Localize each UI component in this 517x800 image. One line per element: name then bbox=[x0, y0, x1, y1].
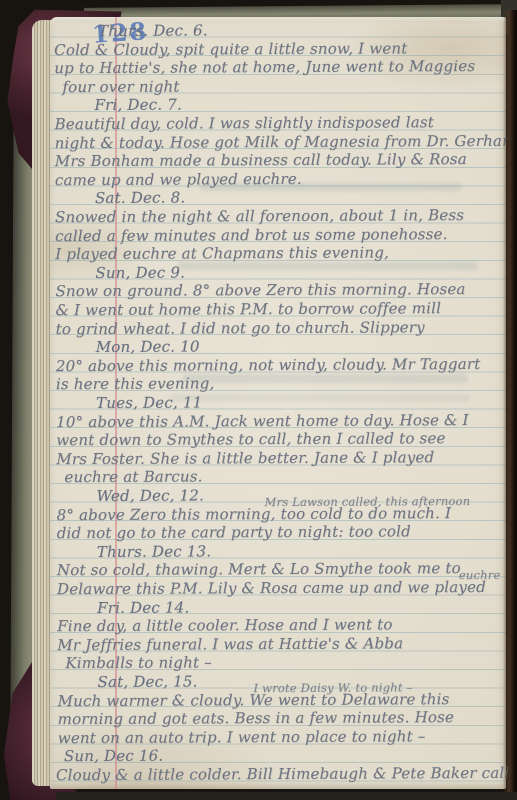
entry-date-line: Thurs. Dec. 6. bbox=[98, 21, 208, 40]
entry-text-line: Not so cold, thawing. Mert & Lo Smythe t… bbox=[57, 559, 461, 579]
entry-text-line: Snow on ground. 8° above Zero this morni… bbox=[55, 280, 465, 300]
interlined-note: euchre bbox=[459, 568, 501, 582]
entry-date-line: Mon, Dec. 10 bbox=[96, 338, 200, 357]
entry-date-line: Tues, Dec, 11 bbox=[96, 393, 202, 412]
entry-text-line: went down to Smythes to call, then I cal… bbox=[56, 429, 445, 449]
entry-text-line: came up and we played euchre. bbox=[55, 170, 302, 189]
entry-text-line: Fine day, a little cooler. Hose and I we… bbox=[57, 616, 393, 636]
diary-photo: 128 Thurs. Dec. 6.Cold & Cloudy, spit qu… bbox=[0, 0, 517, 800]
entry-text-line: Snowed in the night & all forenoon, abou… bbox=[55, 206, 464, 226]
entry-text-line: euchre at Barcus. bbox=[64, 468, 202, 487]
entry-text-line: Beautiful day, cold. I was slightly indi… bbox=[54, 113, 433, 133]
interlined-note: I wrote Daisy W. to night – bbox=[253, 680, 412, 695]
entry-text-line: 20° above this morning, not windy, cloud… bbox=[56, 355, 481, 375]
entry-date-line: Wed, Dec, 12. bbox=[96, 486, 204, 505]
entry-text-line: Cold & Cloudy, spit quite a little snow,… bbox=[54, 39, 407, 59]
entry-text-line: Mrs Foster. She is a little better. Jane… bbox=[56, 448, 434, 468]
entry-date-line: Sat. Dec. 8. bbox=[95, 189, 185, 207]
entry-text-line: Cloudy & a little colder. Bill Himebaugh… bbox=[56, 764, 517, 784]
entry-text-line: did not go to the card party to night: t… bbox=[57, 522, 411, 542]
entry-date-line: Sat, Dec, 15. bbox=[97, 672, 197, 691]
entry-text-line: four over night bbox=[62, 77, 179, 96]
entry-text-line: up to Hattie's, she not at home, June we… bbox=[54, 57, 475, 77]
entry-date-line: Thurs. Dec 13. bbox=[97, 542, 212, 561]
entry-text-line: called a few minutes and brot us some po… bbox=[55, 225, 448, 245]
entry-text-line: Kimballs to night – bbox=[65, 654, 212, 673]
book-bottom-edge bbox=[56, 792, 517, 800]
entry-text-line: I played euchre at Chapmans this evening… bbox=[55, 244, 389, 264]
entry-text-line: night & today. Hose got Milk of Magnesia… bbox=[55, 131, 517, 151]
entry-text-line: went on an auto trip. I went no place to… bbox=[58, 727, 426, 747]
entry-text-line: Delaware this P.M. Lily & Rosa came up a… bbox=[57, 578, 486, 598]
handwritten-entries: Thurs. Dec. 6.Cold & Cloudy, spit quite … bbox=[48, 16, 508, 790]
entry-date-line: Sun, Dec 16. bbox=[64, 747, 164, 766]
entry-date-line: Sun, Dec 9. bbox=[95, 263, 185, 281]
entry-text-line: & I went out home this P.M. to borrow co… bbox=[55, 299, 441, 319]
entry-text-line: to grind wheat. I did not go to church. … bbox=[56, 318, 425, 338]
entry-text-line: morning and got eats. Bess in a few minu… bbox=[58, 708, 454, 728]
entry-text-line: Mrs Bonham made a business call today. L… bbox=[55, 150, 467, 170]
entry-text-line: is here this evening, bbox=[56, 375, 215, 394]
entry-date-line: Fri. Dec 14. bbox=[97, 598, 189, 616]
entry-date-line: Fri, Dec. 7. bbox=[94, 96, 182, 114]
interlined-note: Mrs Lawson called, this afternoon bbox=[264, 494, 470, 509]
page-gutter-shadow bbox=[503, 10, 517, 800]
entry-text-line: 10° above this A.M. Jack went home to da… bbox=[56, 411, 469, 431]
diary-page: 128 Thurs. Dec. 6.Cold & Cloudy, spit qu… bbox=[50, 17, 506, 789]
entry-text-line: Mr Jeffries funeral. I was at Hattie's &… bbox=[57, 634, 403, 654]
